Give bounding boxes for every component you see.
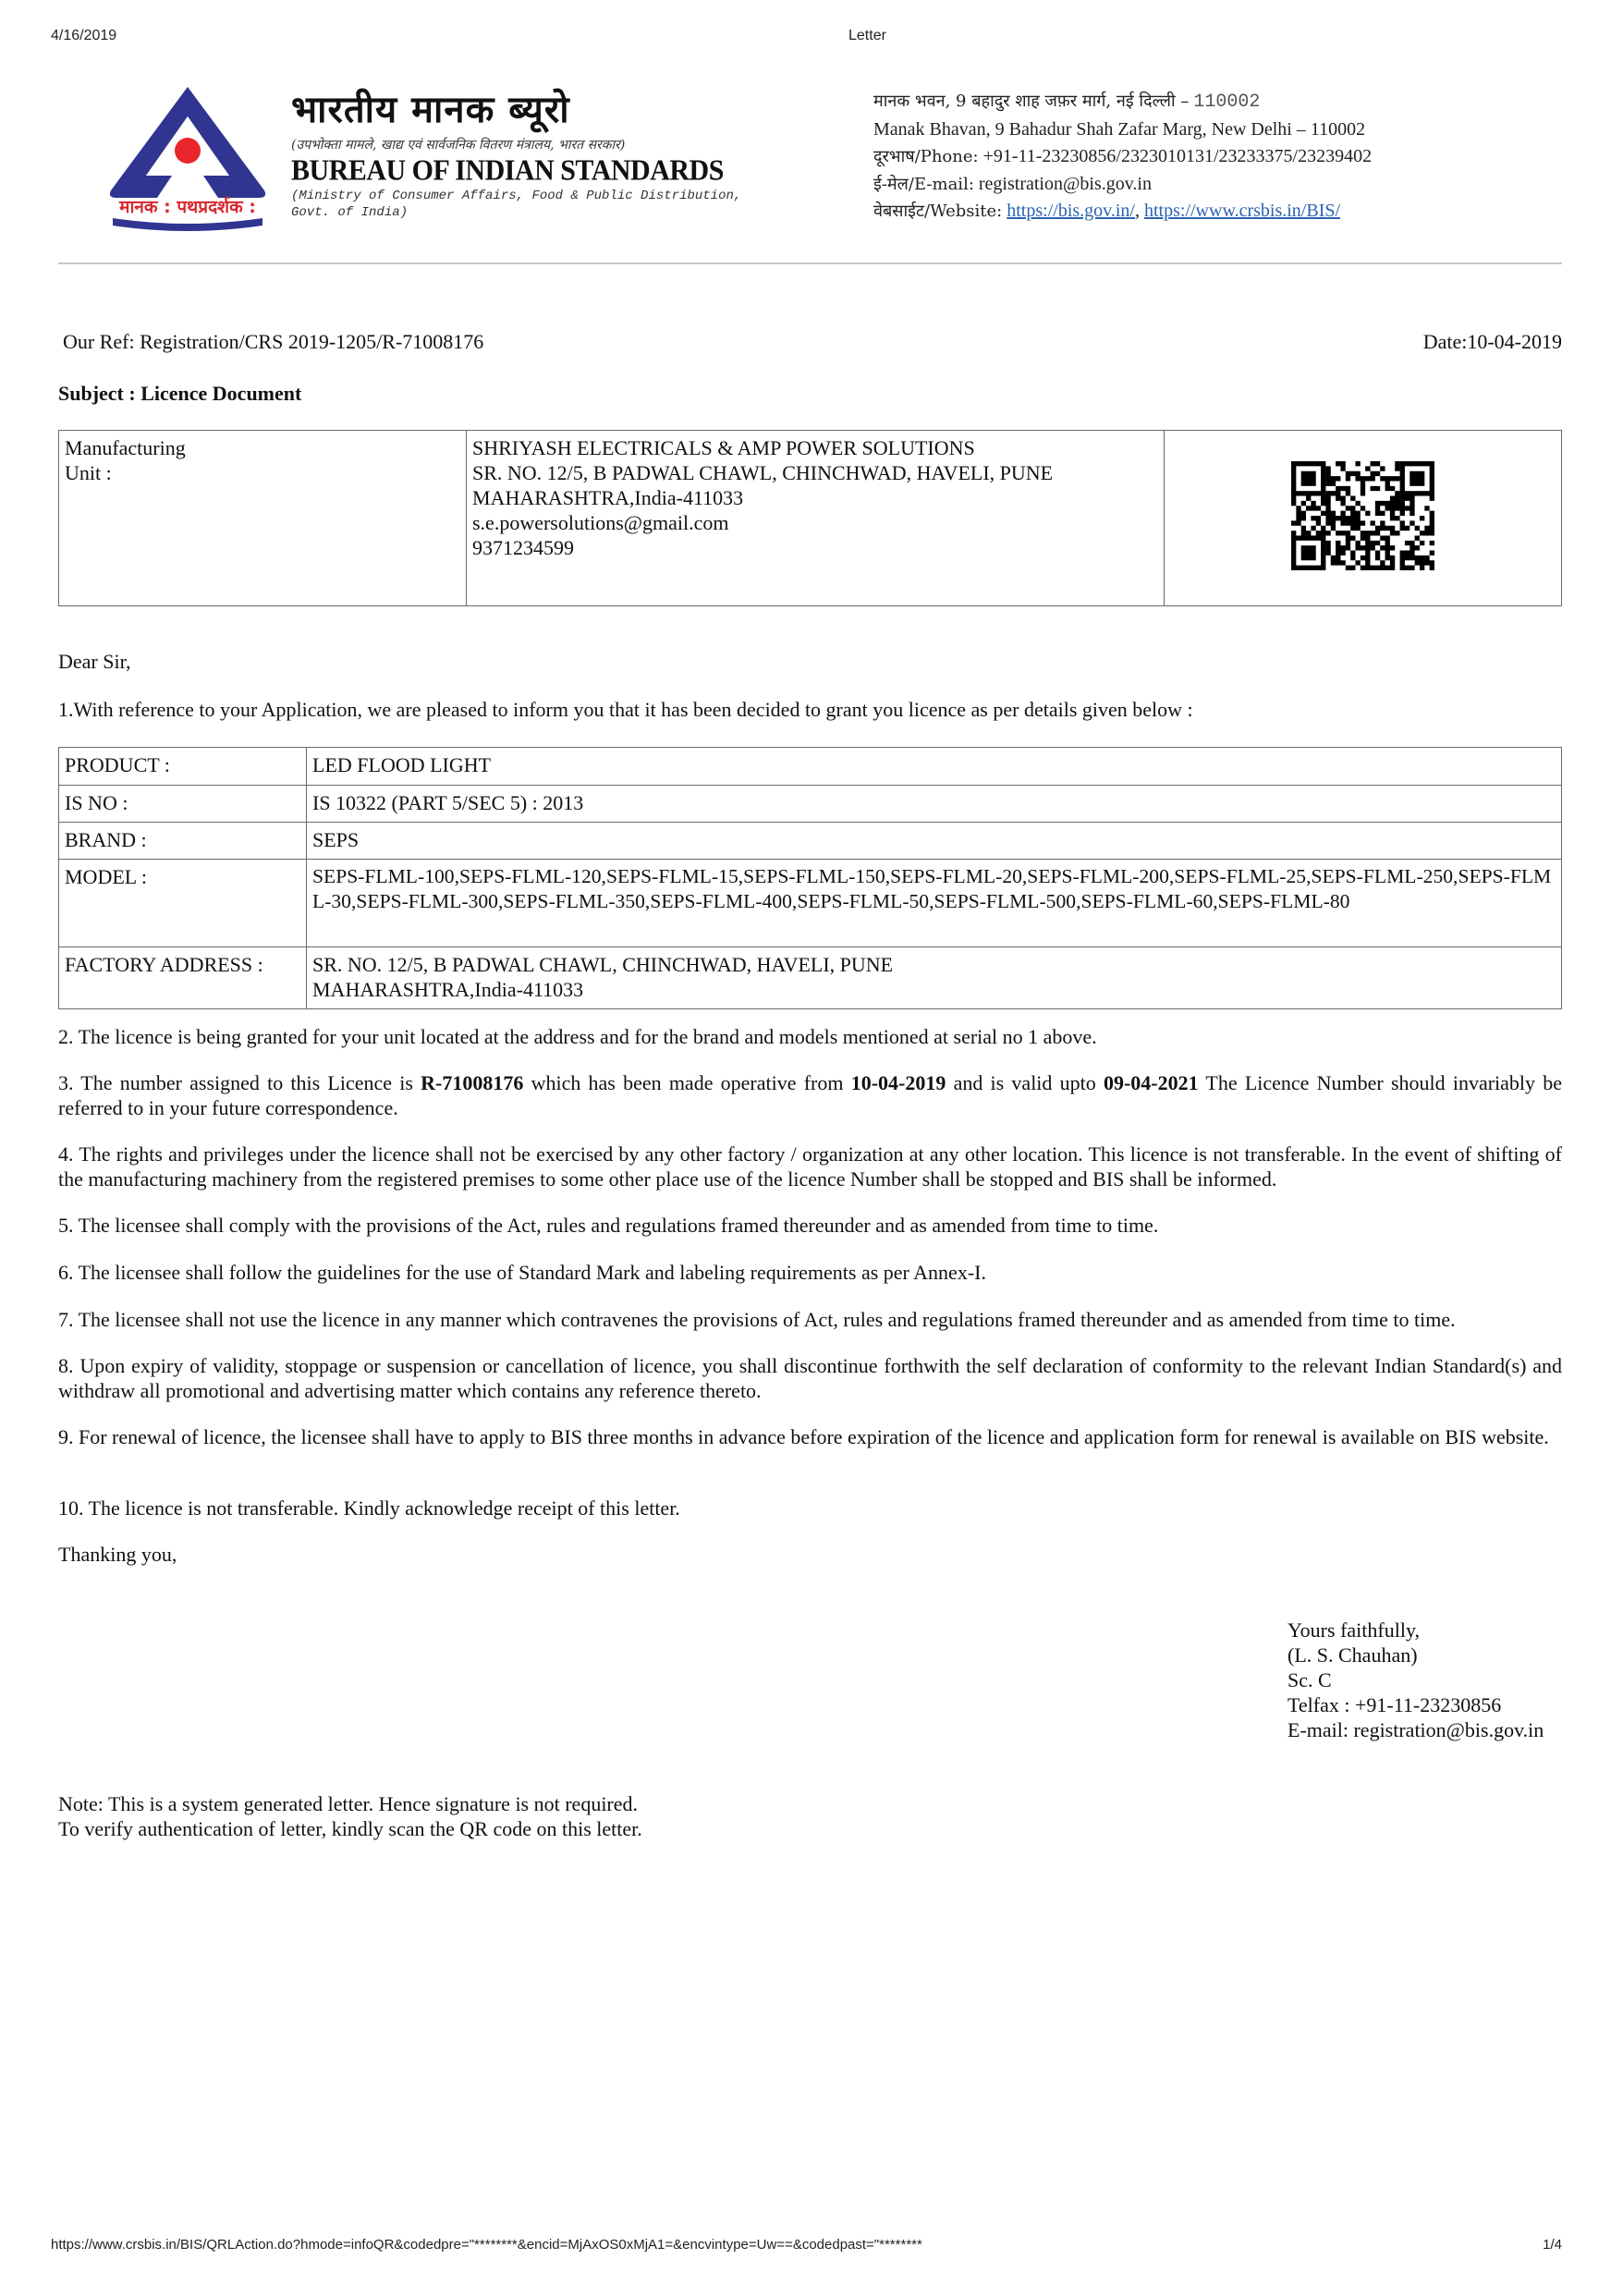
detail-label: FACTORY ADDRESS :	[59, 947, 307, 1009]
email-address: registration@bis.gov.in	[979, 174, 1152, 194]
salutation: Dear Sir,	[58, 650, 131, 674]
detail-label: PRODUCT :	[59, 748, 307, 786]
company-email: s.e.powersolutions@gmail.com	[472, 510, 1158, 535]
our-ref: Our Ref: Registration/CRS 2019-1205/R-71…	[63, 330, 483, 354]
note-line2: To verify authentication of letter, kind…	[58, 1816, 642, 1841]
email-line: ई-मेल/E-mail: registration@bis.gov.in	[873, 171, 1372, 199]
table-row: PRODUCT : LED FLOOD LIGHT	[59, 748, 1562, 786]
detail-label: IS NO :	[59, 786, 307, 823]
website-link-crsbis[interactable]: https://www.crsbis.in/BIS/	[1144, 201, 1340, 221]
signatory-telfax: Telfax : +91-11-23230856	[1287, 1692, 1544, 1717]
org-block: भारतीय मानक ब्यूरो (उपभोक्ता मामले, खाद्…	[291, 88, 741, 221]
licence-number: R-71008176	[421, 1071, 523, 1094]
paragraph-9: 9. For renewal of licence, the licensee …	[58, 1424, 1562, 1449]
letter-date: Date:10-04-2019	[1423, 330, 1562, 354]
table-row: MODEL : SEPS-FLML-100,SEPS-FLML-120,SEPS…	[59, 860, 1562, 947]
valid-from: 10-04-2019	[851, 1071, 946, 1094]
address-hindi-pin: 110002	[1193, 92, 1260, 113]
subject: Subject : Licence Document	[58, 382, 301, 406]
signatory-designation: Sc. C	[1287, 1667, 1544, 1692]
table-row: Manufacturing Unit : SHRIYASH ELECTRICAL…	[59, 431, 1562, 606]
detail-value-product: LED FLOOD LIGHT	[307, 748, 1562, 786]
paragraph-3: 3. The number assigned to this Licence i…	[58, 1070, 1562, 1120]
licence-details-table: PRODUCT : LED FLOOD LIGHT IS NO : IS 103…	[58, 747, 1562, 1009]
manufacturing-unit-table: Manufacturing Unit : SHRIYASH ELECTRICAL…	[58, 430, 1562, 606]
signature-block: Yours faithfully, (L. S. Chauhan) Sc. C …	[1287, 1618, 1544, 1742]
paragraph-7: 7. The licensee shall not use the licenc…	[58, 1307, 1562, 1332]
detail-value-model: SEPS-FLML-100,SEPS-FLML-120,SEPS-FLML-15…	[307, 860, 1562, 947]
paragraph-2: 2. The licence is being granted for your…	[58, 1024, 1562, 1049]
page-number: 1/4	[1543, 2237, 1562, 2253]
closing: Thanking you,	[58, 1542, 1562, 1567]
header-divider	[58, 263, 1562, 264]
paragraph-4: 4. The rights and privileges under the l…	[58, 1142, 1562, 1191]
website-link-bis[interactable]: https://bis.gov.in/	[1007, 201, 1135, 221]
paragraph-5: 5. The licensee shall comply with the pr…	[58, 1213, 1562, 1238]
ministry-english-line2: Govt. of India)	[291, 204, 741, 221]
qr-cell	[1165, 431, 1562, 606]
contact-block: मानक भवन, 9 बहादुर शाह जफ़र मार्ग, नई दि…	[873, 88, 1372, 226]
phone-numbers: +91-11-23230856/2323010131/23233375/2323…	[983, 146, 1373, 166]
note-block: Note: This is a system generated letter.…	[58, 1791, 642, 1841]
qr-code-icon[interactable]	[1291, 461, 1434, 570]
ministry-english-line1: (Ministry of Consumer Affairs, Food & Pu…	[291, 188, 741, 204]
logo-motto: मानक : पथप्रदर्शक :	[102, 194, 274, 218]
valid-upto: 09-04-2021	[1104, 1071, 1199, 1094]
signatory-email: E-mail: registration@bis.gov.in	[1287, 1717, 1544, 1742]
detail-value-factory-address: SR. NO. 12/5, B PADWAL CHAWL, CHINCHWAD,…	[307, 947, 1562, 1009]
paragraph-6: 6. The licensee shall follow the guideli…	[58, 1260, 1562, 1285]
org-name-english: BUREAU OF INDIAN STANDARDS	[291, 153, 741, 189]
signatory-name: (L. S. Chauhan)	[1287, 1643, 1544, 1667]
website-line: वेबसाईट/Website: https://bis.gov.in/, ht…	[873, 198, 1372, 226]
detail-label: BRAND :	[59, 823, 307, 860]
footer-url: https://www.crsbis.in/BIS/QRLAction.do?h…	[51, 2237, 922, 2253]
company-address-line1: SR. NO. 12/5, B PADWAL CHAWL, CHINCHWAD,…	[472, 460, 1158, 485]
detail-value-brand: SEPS	[307, 823, 1562, 860]
detail-value-is-no: IS 10322 (PART 5/SEC 5) : 2013	[307, 786, 1562, 823]
table-row: IS NO : IS 10322 (PART 5/SEC 5) : 2013	[59, 786, 1562, 823]
note-line1: Note: This is a system generated letter.…	[58, 1791, 642, 1816]
ministry-hindi: (उपभोक्ता मामले, खाद्य एवं सार्वजनिक वित…	[291, 136, 741, 154]
print-title: Letter	[848, 28, 886, 44]
paragraph-8: 8. Upon expiry of validity, stoppage or …	[58, 1353, 1562, 1403]
table-row: FACTORY ADDRESS : SR. NO. 12/5, B PADWAL…	[59, 947, 1562, 1009]
company-address-line2: MAHARASHTRA,India-411033	[472, 485, 1158, 510]
manufacturing-unit-details: SHRIYASH ELECTRICALS & AMP POWER SOLUTIO…	[467, 431, 1165, 606]
org-name-hindi: भारतीय मानक ब्यूरो	[291, 88, 741, 132]
manufacturing-unit-label: Manufacturing Unit :	[59, 431, 467, 606]
paragraph-10: 10. The licence is not transferable. Kin…	[58, 1496, 1562, 1520]
company-name: SHRIYASH ELECTRICALS & AMP POWER SOLUTIO…	[472, 435, 1158, 460]
phone-line: दूरभाष/Phone: +91-11-23230856/2323010131…	[873, 143, 1372, 171]
table-row: BRAND : SEPS	[59, 823, 1562, 860]
address-hindi: मानक भवन, 9 बहादुर शाह जफ़र मार्ग, नई दि…	[873, 88, 1372, 116]
paragraph-1: 1.With reference to your Application, we…	[58, 697, 1562, 722]
bis-logo: मानक : पथप्रदर्शक :	[100, 81, 275, 234]
print-date: 4/16/2019	[51, 28, 116, 44]
address-english: Manak Bhavan, 9 Bahadur Shah Zafar Marg,…	[873, 116, 1372, 144]
company-phone: 9371234599	[472, 535, 1158, 560]
detail-label: MODEL :	[59, 860, 307, 947]
sign-off: Yours faithfully,	[1287, 1618, 1544, 1643]
